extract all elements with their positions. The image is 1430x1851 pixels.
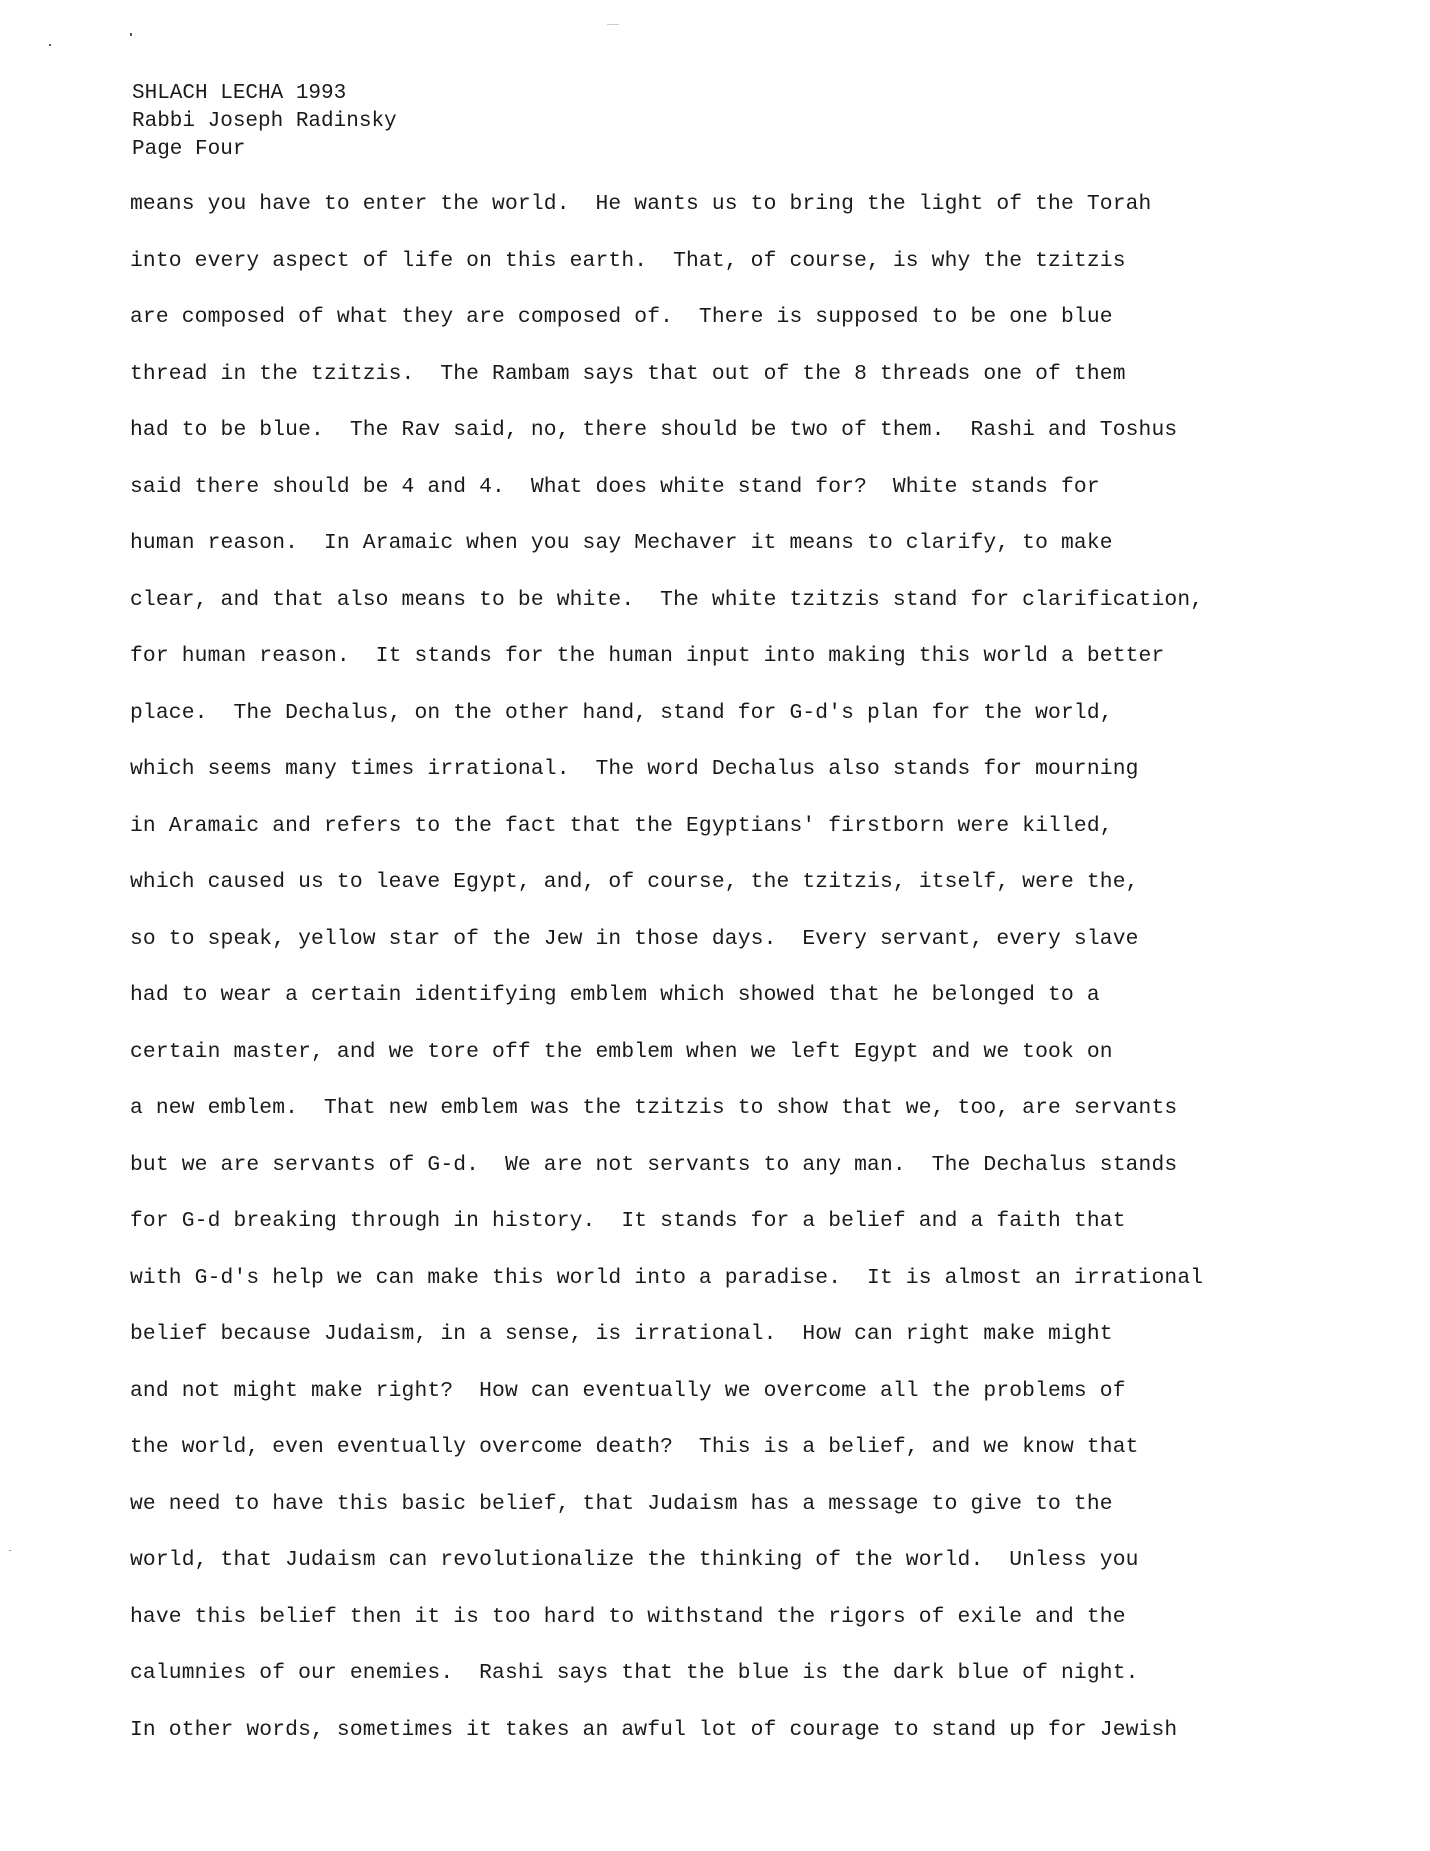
document-author: Rabbi Joseph Radinsky [132, 108, 397, 136]
text-line: place. The Dechalus, on the other hand, … [130, 699, 1250, 756]
scan-speck [49, 44, 51, 46]
text-line: we need to have this basic belief, that … [130, 1490, 1250, 1547]
scan-speck [607, 24, 619, 25]
document-page: SHLACH LECHA 1993 Rabbi Joseph Radinsky … [0, 0, 1430, 1851]
document-title: SHLACH LECHA 1993 [132, 80, 397, 108]
scan-speck [130, 33, 132, 36]
text-line: said there should be 4 and 4. What does … [130, 473, 1250, 530]
body-text: means you have to enter the world. He wa… [130, 190, 1250, 1772]
text-line: had to be blue. The Rav said, no, there … [130, 416, 1250, 473]
text-line: the world, even eventually overcome deat… [130, 1433, 1250, 1490]
text-line: which seems many times irrational. The w… [130, 755, 1250, 812]
text-line: so to speak, yellow star of the Jew in t… [130, 925, 1250, 982]
text-line: human reason. In Aramaic when you say Me… [130, 529, 1250, 586]
text-line: a new emblem. That new emblem was the tz… [130, 1094, 1250, 1151]
text-line: into every aspect of life on this earth.… [130, 247, 1250, 304]
text-line: but we are servants of G-d. We are not s… [130, 1151, 1250, 1208]
scan-speck [9, 1550, 11, 1551]
text-line: in Aramaic and refers to the fact that t… [130, 812, 1250, 869]
text-line: belief because Judaism, in a sense, is i… [130, 1320, 1250, 1377]
text-line: certain master, and we tore off the embl… [130, 1038, 1250, 1095]
text-line: have this belief then it is too hard to … [130, 1603, 1250, 1660]
page-label: Page Four [132, 136, 397, 164]
text-line: calumnies of our enemies. Rashi says tha… [130, 1659, 1250, 1716]
text-line: with G-d's help we can make this world i… [130, 1264, 1250, 1321]
text-line: for G-d breaking through in history. It … [130, 1207, 1250, 1264]
text-line: for human reason. It stands for the huma… [130, 642, 1250, 699]
text-line: had to wear a certain identifying emblem… [130, 981, 1250, 1038]
text-line: clear, and that also means to be white. … [130, 586, 1250, 643]
text-line: and not might make right? How can eventu… [130, 1377, 1250, 1434]
text-line: which caused us to leave Egypt, and, of … [130, 868, 1250, 925]
text-line: thread in the tzitzis. The Rambam says t… [130, 360, 1250, 417]
text-line: means you have to enter the world. He wa… [130, 190, 1250, 247]
text-line: world, that Judaism can revolutionalize … [130, 1546, 1250, 1603]
text-line: are composed of what they are composed o… [130, 303, 1250, 360]
document-header: SHLACH LECHA 1993 Rabbi Joseph Radinsky … [132, 80, 397, 164]
text-line: In other words, sometimes it takes an aw… [130, 1716, 1250, 1773]
